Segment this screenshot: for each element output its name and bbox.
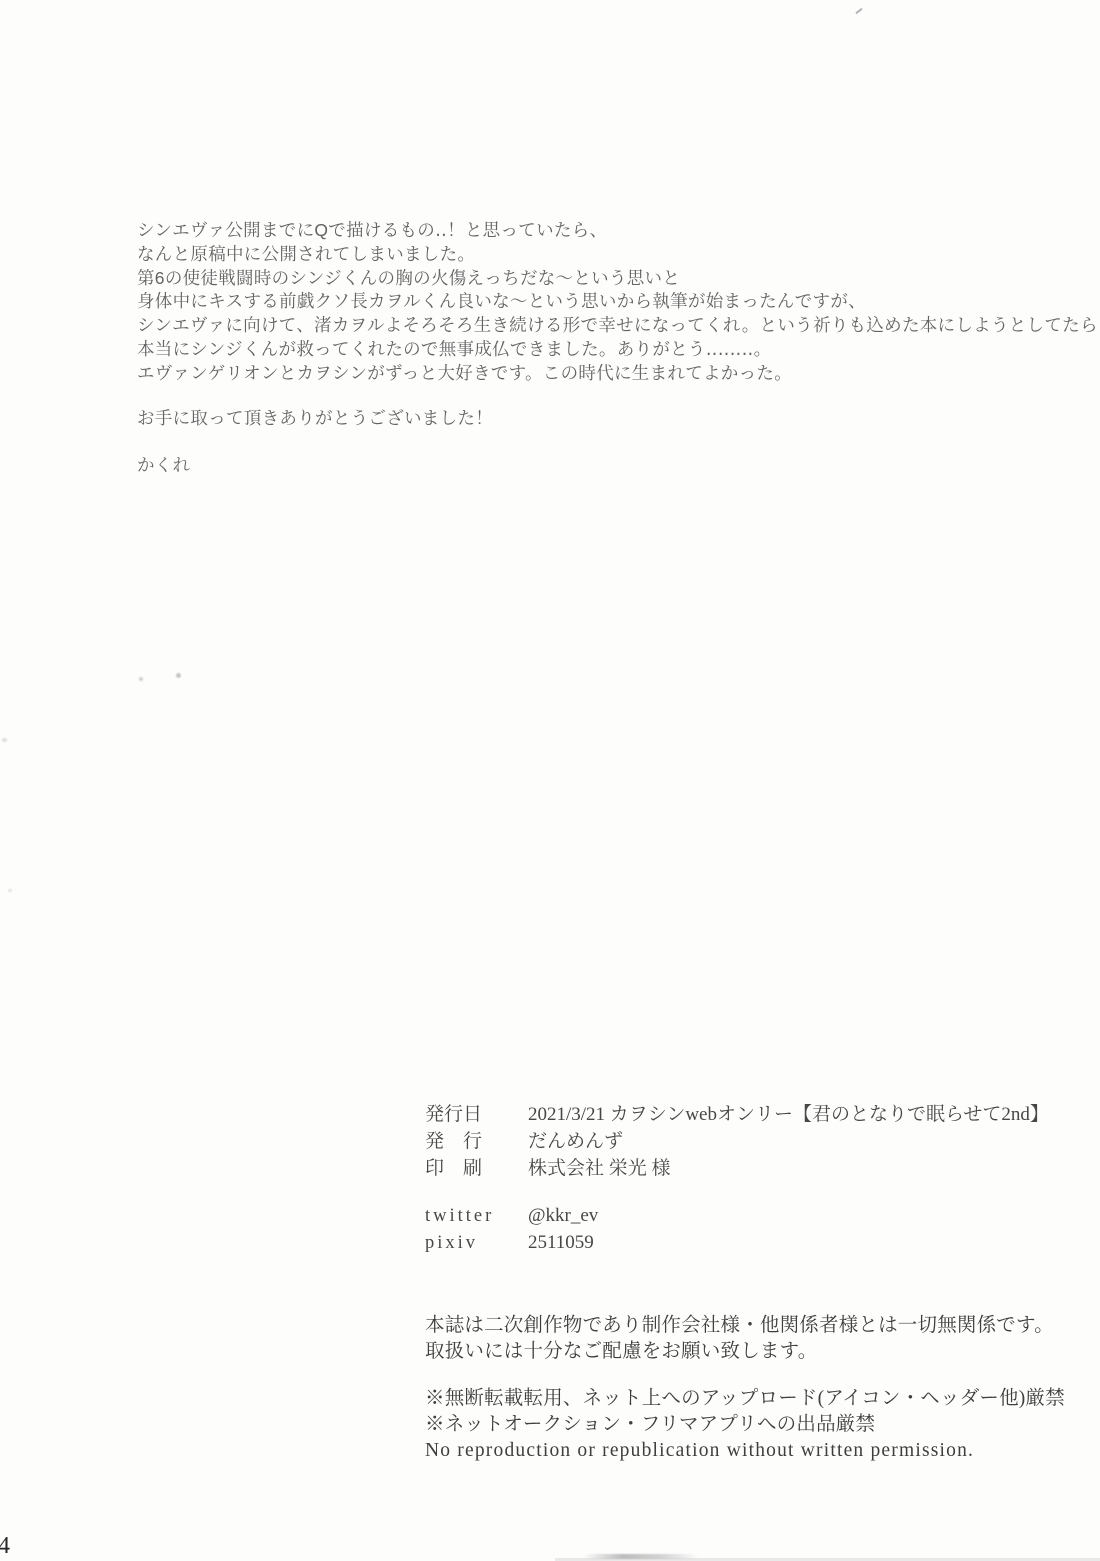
page-number: 4 [0,1533,10,1560]
afterword-line-7: エヴァンゲリオンとカヲシンがずっと大好きです。この時代に生まれてよかった。 [137,362,1098,386]
notice-no-auction: ※ネットオークション・フリマアプリへの出品厳禁 [425,1412,1065,1438]
afterword-thanks: お手に取って頂きありがとうございました！ [137,405,493,430]
author-signature: かくれ [137,452,190,477]
afterword-line-4: 身体中にキスする前戯クソ長カヲルくん良いな～という思いから執筆が始まったんですが… [137,290,1098,314]
colophon-value-publish-date: 2021/3/21 カヲシンwebオンリー【君のとなりで眠らせて2nd】 [528,1101,1049,1128]
colophon-label-publish-date: 発行日 [425,1101,528,1128]
notice-no-repost: ※無断転載転用、ネット上へのアップロード(アイコン・ヘッダー他)厳禁 [425,1386,1065,1412]
colophon-value-publisher: だんめんず [528,1128,623,1155]
scan-smudge-bottom [583,1554,698,1559]
colophon-row-publisher: 発 行だんめんず [425,1128,1049,1155]
afterword-line-3: 第6の使徒戦闘時のシンジくんの胸の火傷えっちだな～という思いと [137,267,1098,291]
colophon: 発行日2021/3/21 カヲシンwebオンリー【君のとなりで眠らせて2nd】 … [425,1101,1049,1256]
colophon-row-pixiv: pixiv2511059 [425,1229,1049,1256]
afterword-line-5: シンエヴァに向けて、渚カヲルよそろそろ生き続ける形で幸せになってくれ。という祈り… [137,314,1098,338]
scan-speck-left-edge-b [8,889,12,892]
colophon-row-twitter: twitter@kkr_ev [425,1202,1049,1229]
pixiv-label: pixiv [425,1230,528,1257]
twitter-handle: @kkr_ev [528,1202,598,1229]
disclaimer-line-1: 本誌は二次創作物であり制作会社様・他関係者様とは一切無関係です。 [425,1313,1054,1339]
afterword-line-6: 本当にシンジくんが救ってくれたので無事成仏できました。ありがとう‥‥‥‥。 [137,338,1098,362]
scan-dot-mid-left-b [139,677,143,681]
scan-speck-top-right [855,8,863,15]
notice-english: No reproduction or republication without… [425,1438,1065,1464]
afterword-line-2: なんと原稿中に公開されてしまいました。 [137,243,1098,267]
disclaimer-text: 本誌は二次創作物であり制作会社様・他関係者様とは一切無関係です。 取扱いには十分… [425,1313,1054,1365]
twitter-label: twitter [425,1203,528,1230]
scan-dot-mid-left-a [176,673,181,678]
colophon-row-publish-date: 発行日2021/3/21 カヲシンwebオンリー【君のとなりで眠らせて2nd】 [425,1101,1049,1128]
colophon-label-publisher: 発 行 [425,1128,528,1155]
afterword-paragraph: シンエヴァ公開までにQで描けるもの‥！と思っていたら、 なんと原稿中に公開されて… [137,219,1098,386]
scanned-doujinshi-afterword-page: シンエヴァ公開までにQで描けるもの‥！と思っていたら、 なんと原稿中に公開されて… [0,0,1100,1561]
colophon-label-printer: 印 刷 [425,1155,528,1182]
pixiv-id: 2511059 [528,1229,594,1256]
scan-speck-left-edge-a [2,738,7,742]
colophon-spacer [425,1182,1049,1202]
afterword-line-1: シンエヴァ公開までにQで描けるもの‥！と思っていたら、 [137,219,1098,243]
colophon-value-printer: 株式会社 栄光 様 [528,1155,671,1182]
colophon-row-printer: 印 刷株式会社 栄光 様 [425,1155,1049,1182]
prohibition-notices: ※無断転載転用、ネット上へのアップロード(アイコン・ヘッダー他)厳禁 ※ネットオ… [425,1386,1065,1464]
disclaimer-line-2: 取扱いには十分なご配慮をお願い致します。 [425,1339,1054,1365]
